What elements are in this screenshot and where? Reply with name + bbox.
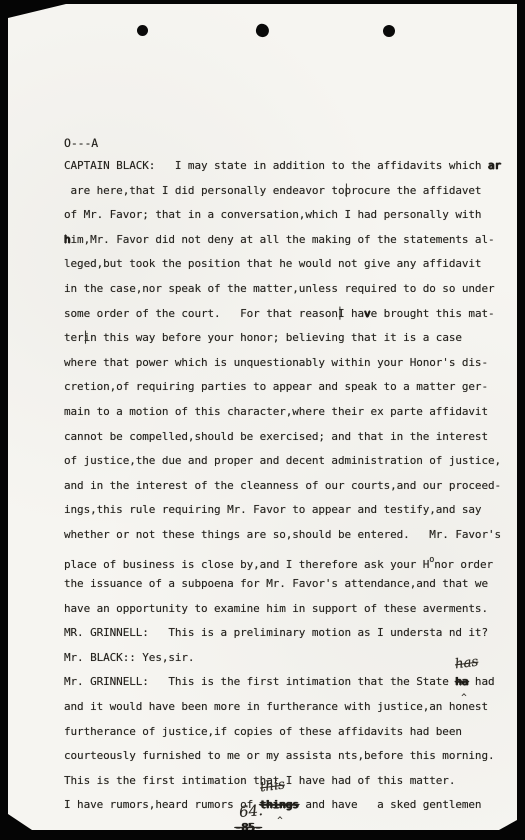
typed-line: ings,this rule requiring Mr. Favor to ap… — [64, 498, 511, 523]
typed-segment: ter — [64, 331, 84, 344]
page-number-handwritten: 64. — [238, 801, 263, 821]
typed-line: and it would have been more in furtheran… — [64, 695, 511, 720]
typed-line: and in the interest of the cleanness of … — [64, 474, 511, 499]
typed-line: are here,that I did personally endeavor … — [64, 179, 511, 204]
typed-segment: cannot be compelled,should be exercised;… — [64, 430, 488, 443]
typed-segment: Mr. BLACK:: Yes,sir. — [64, 651, 194, 664]
typed-line: courteously furnished to me or my assist… — [64, 744, 511, 769]
typed-segment: in the case,nor speak of the matter,unle… — [64, 282, 495, 295]
handwritten-insertion: thingsthis^ — [260, 793, 299, 818]
typed-line: ter│in this way before your honor; belie… — [64, 326, 511, 351]
typed-segment: and have a sked gentlemen — [299, 798, 482, 811]
caret-mark: ^ — [461, 694, 466, 702]
typed-segment: are here,that I did personally endeavor … — [64, 184, 344, 197]
typed-line: of Mr. Favor; that in a conversation,whi… — [64, 203, 511, 228]
typed-segment: of justice,the due and proper and decent… — [64, 454, 501, 467]
struck-out-text: things — [260, 798, 299, 811]
caret-mark: ^ — [277, 817, 282, 825]
typed-segment: of Mr. Favor; that in a conversation,whi… — [64, 208, 481, 221]
typed-line: cretion,of requiring parties to appear a… — [64, 375, 511, 400]
typed-line: in the case,nor speak of the matter,unle… — [64, 277, 511, 302]
typed-line: where that power which is unquestionably… — [64, 351, 511, 376]
typed-line: Mr. BLACK:: Yes,sir. — [64, 646, 511, 671]
punch-hole-dot — [383, 25, 395, 37]
exhibit-mark: O---A — [64, 136, 98, 150]
typed-line: him,Mr. Favor did not deny at all the ma… — [64, 228, 511, 253]
overstruck-text: ar — [488, 159, 501, 172]
typed-line: Mr. GRINNELL: This is the first intimati… — [64, 670, 511, 695]
typed-line: main to a motion of this character,where… — [64, 400, 511, 425]
typed-text-block: CAPTAIN BLACK: I may state in addition t… — [64, 154, 511, 818]
typed-line: some order of the court. For that reason… — [64, 302, 511, 327]
typed-line: the issuance of a subpoena for Mr. Favor… — [64, 572, 511, 597]
typed-segment: ings,this rule requiring Mr. Favor to ap… — [64, 503, 481, 516]
typed-segment: place of business is close by,and I ther… — [64, 558, 429, 571]
typed-line: leged,but took the position that he woul… — [64, 252, 511, 277]
typed-line: CAPTAIN BLACK: I may state in addition t… — [64, 154, 511, 179]
typed-line: have an opportunity to examine him in su… — [64, 597, 511, 622]
typed-segment: have an opportunity to examine him in su… — [64, 602, 488, 615]
typed-line: I have rumors,heard rumors of thingsthis… — [64, 793, 511, 818]
scanned-document-background: O---A CAPTAIN BLACK: I may state in addi… — [0, 0, 525, 840]
punch-hole-dot — [137, 25, 148, 36]
page-number-typed: -85- — [235, 821, 262, 834]
typed-segment: main to a motion of this character,where… — [64, 405, 488, 418]
typed-segment: had — [468, 675, 494, 688]
typed-segment: where that power which is unquestionably… — [64, 356, 488, 369]
typed-line: This is the first intimation that I have… — [64, 769, 511, 794]
typed-line: place of business is close by,and I ther… — [64, 548, 511, 573]
typed-segment: and in the interest of the cleanness of … — [64, 479, 501, 492]
typed-segment: im,Mr. Favor did not deny at all the mak… — [71, 233, 495, 246]
typed-segment: Mr. GRINNELL: This is the first intimati… — [64, 675, 455, 688]
typed-line: furtherance of justice,if copies of thes… — [64, 720, 511, 745]
typed-segment: leged,but took the position that he woul… — [64, 257, 481, 270]
typed-segment: some order of the court. For that reason — [64, 307, 338, 320]
typed-segment: I have rumors,heard rumors of — [64, 798, 260, 811]
handwritten-word: this — [259, 779, 285, 795]
handwritten-insertion: hahas^ — [455, 670, 468, 695]
typed-segment: whether or not these things are so,shoul… — [64, 528, 501, 541]
typed-segment: and it would have been more in furtheran… — [64, 700, 488, 713]
typed-segment: e brought this mat- — [371, 307, 495, 320]
typed-segment: cretion,of requiring parties to appear a… — [64, 380, 488, 393]
typed-segment: MR. GRINNELL: This is a preliminary moti… — [64, 626, 488, 639]
typed-line: of justice,the due and proper and decent… — [64, 449, 511, 474]
typed-line: cannot be compelled,should be exercised;… — [64, 425, 511, 450]
typed-segment: furtherance of justice,if copies of thes… — [64, 725, 462, 738]
typed-line: MR. GRINNELL: This is a preliminary moti… — [64, 621, 511, 646]
typed-line: whether or not these things are so,shoul… — [64, 523, 511, 548]
struck-out-text: ha — [455, 675, 468, 688]
handwritten-word: has — [455, 656, 480, 672]
document-page: O---A CAPTAIN BLACK: I may state in addi… — [8, 4, 517, 830]
typed-segment: the issuance of a subpoena for Mr. Favor… — [64, 577, 488, 590]
typed-segment: CAPTAIN BLACK: I may state in addition t… — [64, 159, 488, 172]
typed-segment: in this way before your honor; believing… — [84, 331, 462, 344]
typed-segment: nor order — [434, 558, 493, 571]
punch-hole-dot — [254, 22, 270, 38]
typed-segment: courteously furnished to me or my assist… — [64, 749, 495, 762]
typed-segment: procure the affidavet — [344, 184, 481, 197]
